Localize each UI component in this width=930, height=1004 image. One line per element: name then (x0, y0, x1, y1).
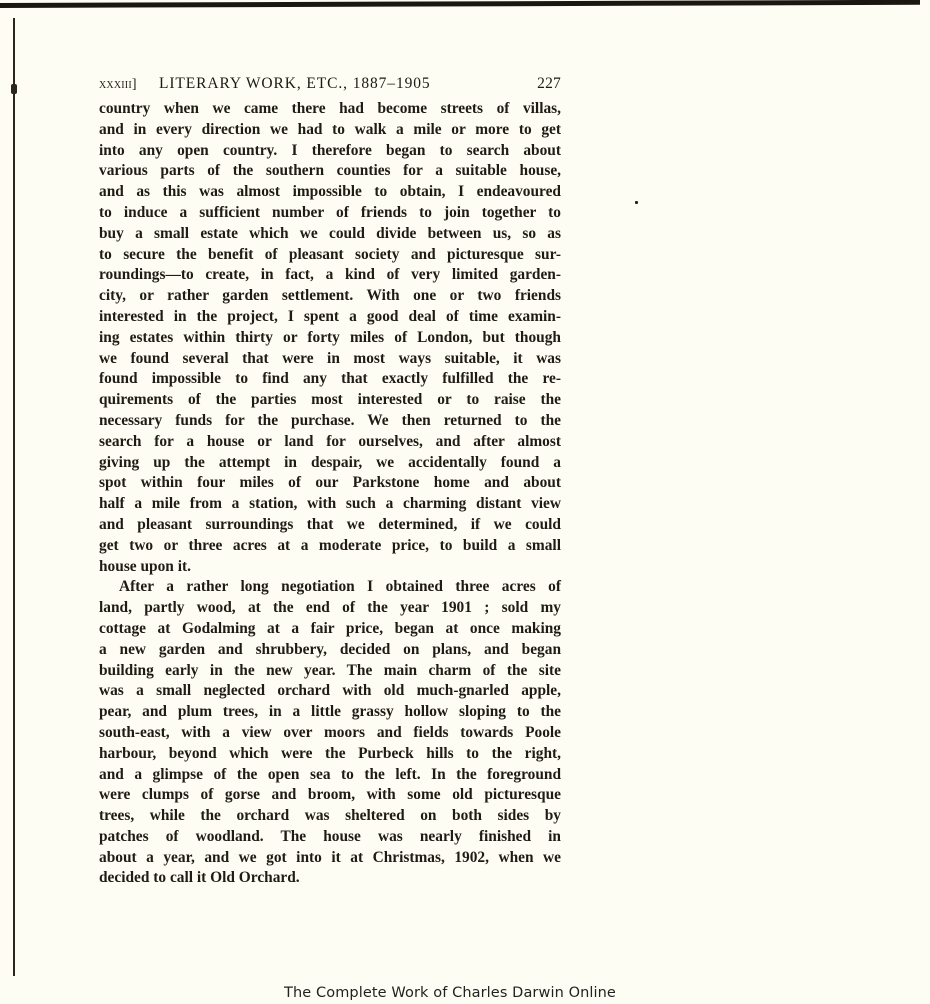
text-line: cottage at Godalming at a fair price, be… (99, 619, 561, 640)
text-line: and in every direction we had to walk a … (99, 120, 561, 141)
text-line: decided to call it Old Orchard. (99, 868, 561, 889)
running-title: LITERARY WORK, ETC., 1887–1905 (159, 75, 521, 93)
text-line: found impossible to find any that exactl… (99, 369, 561, 390)
text-line: south-east, with a view over moors and f… (99, 723, 561, 744)
text-line: trees, while the orchard was sheltered o… (99, 806, 561, 827)
text-line: After a rather long negotiation I obtain… (99, 577, 561, 598)
text-line: was a small neglected orchard with old m… (99, 681, 561, 702)
text-line: and a glimpse of the open sea to the lef… (99, 765, 561, 786)
text-line: were clumps of gorse and broom, with som… (99, 785, 561, 806)
text-line: half a mile from a station, with such a … (99, 494, 561, 515)
text-line: we found several that were in most ways … (99, 349, 561, 370)
text-line: pear, and plum trees, in a little grassy… (99, 702, 561, 723)
text-line: get two or three acres at a moderate pri… (99, 536, 561, 557)
paragraph: After a rather long negotiation I obtain… (99, 577, 561, 889)
text-line: into any open country. I therefore began… (99, 141, 561, 162)
text-line: interested in the project, I spent a goo… (99, 307, 561, 328)
text-line: to secure the benefit of pleasant societ… (99, 245, 561, 266)
text-line: about a year, and we got into it at Chri… (99, 848, 561, 869)
paragraph: country when we came there had become st… (99, 99, 561, 577)
running-head: xxxiii] LITERARY WORK, ETC., 1887–1905 2… (99, 75, 561, 99)
text-line: search for a house or land for ourselves… (99, 432, 561, 453)
text-line: buy a small estate which we could divide… (99, 224, 561, 245)
text-line: patches of woodland. The house was nearl… (99, 827, 561, 848)
text-line: country when we came there had become st… (99, 99, 561, 120)
body-text: country when we came there had become st… (99, 99, 561, 889)
text-line: spot within four miles of our Parkstone … (99, 473, 561, 494)
text-line: harbour, beyond which were the Purbeck h… (99, 744, 561, 765)
left-margin-mark (11, 84, 17, 94)
text-line: various parts of the southern counties f… (99, 161, 561, 182)
text-line: quirements of the parties most intereste… (99, 390, 561, 411)
text-line: and as this was almost impossible to obt… (99, 182, 561, 203)
text-line: ing estates within thirty or forty miles… (99, 328, 561, 349)
text-line: and pleasant surroundings that we determ… (99, 515, 561, 536)
scan-speck (635, 201, 638, 204)
text-line: city, or rather garden settlement. With … (99, 286, 561, 307)
text-line: land, partly wood, at the end of the yea… (99, 598, 561, 619)
text-line: a new garden and shrubbery, decided on p… (99, 640, 561, 661)
text-line: to induce a sufficient number of friends… (99, 203, 561, 224)
page-number: 227 (521, 75, 561, 93)
text-line: necessary funds for the purchase. We the… (99, 411, 561, 432)
text-line: giving up the attempt in despair, we acc… (99, 453, 561, 474)
left-margin-rule (13, 18, 15, 976)
top-border-rule (0, 0, 920, 8)
book-page: xxxiii] LITERARY WORK, ETC., 1887–1905 2… (99, 75, 561, 889)
chapter-number: xxxiii] (99, 77, 159, 93)
text-line: house upon it. (99, 557, 561, 578)
text-line: building early in the new year. The main… (99, 661, 561, 682)
text-line: roundings—to create, in fact, a kind of … (99, 265, 561, 286)
site-credit: The Complete Work of Charles Darwin Onli… (0, 985, 900, 1001)
